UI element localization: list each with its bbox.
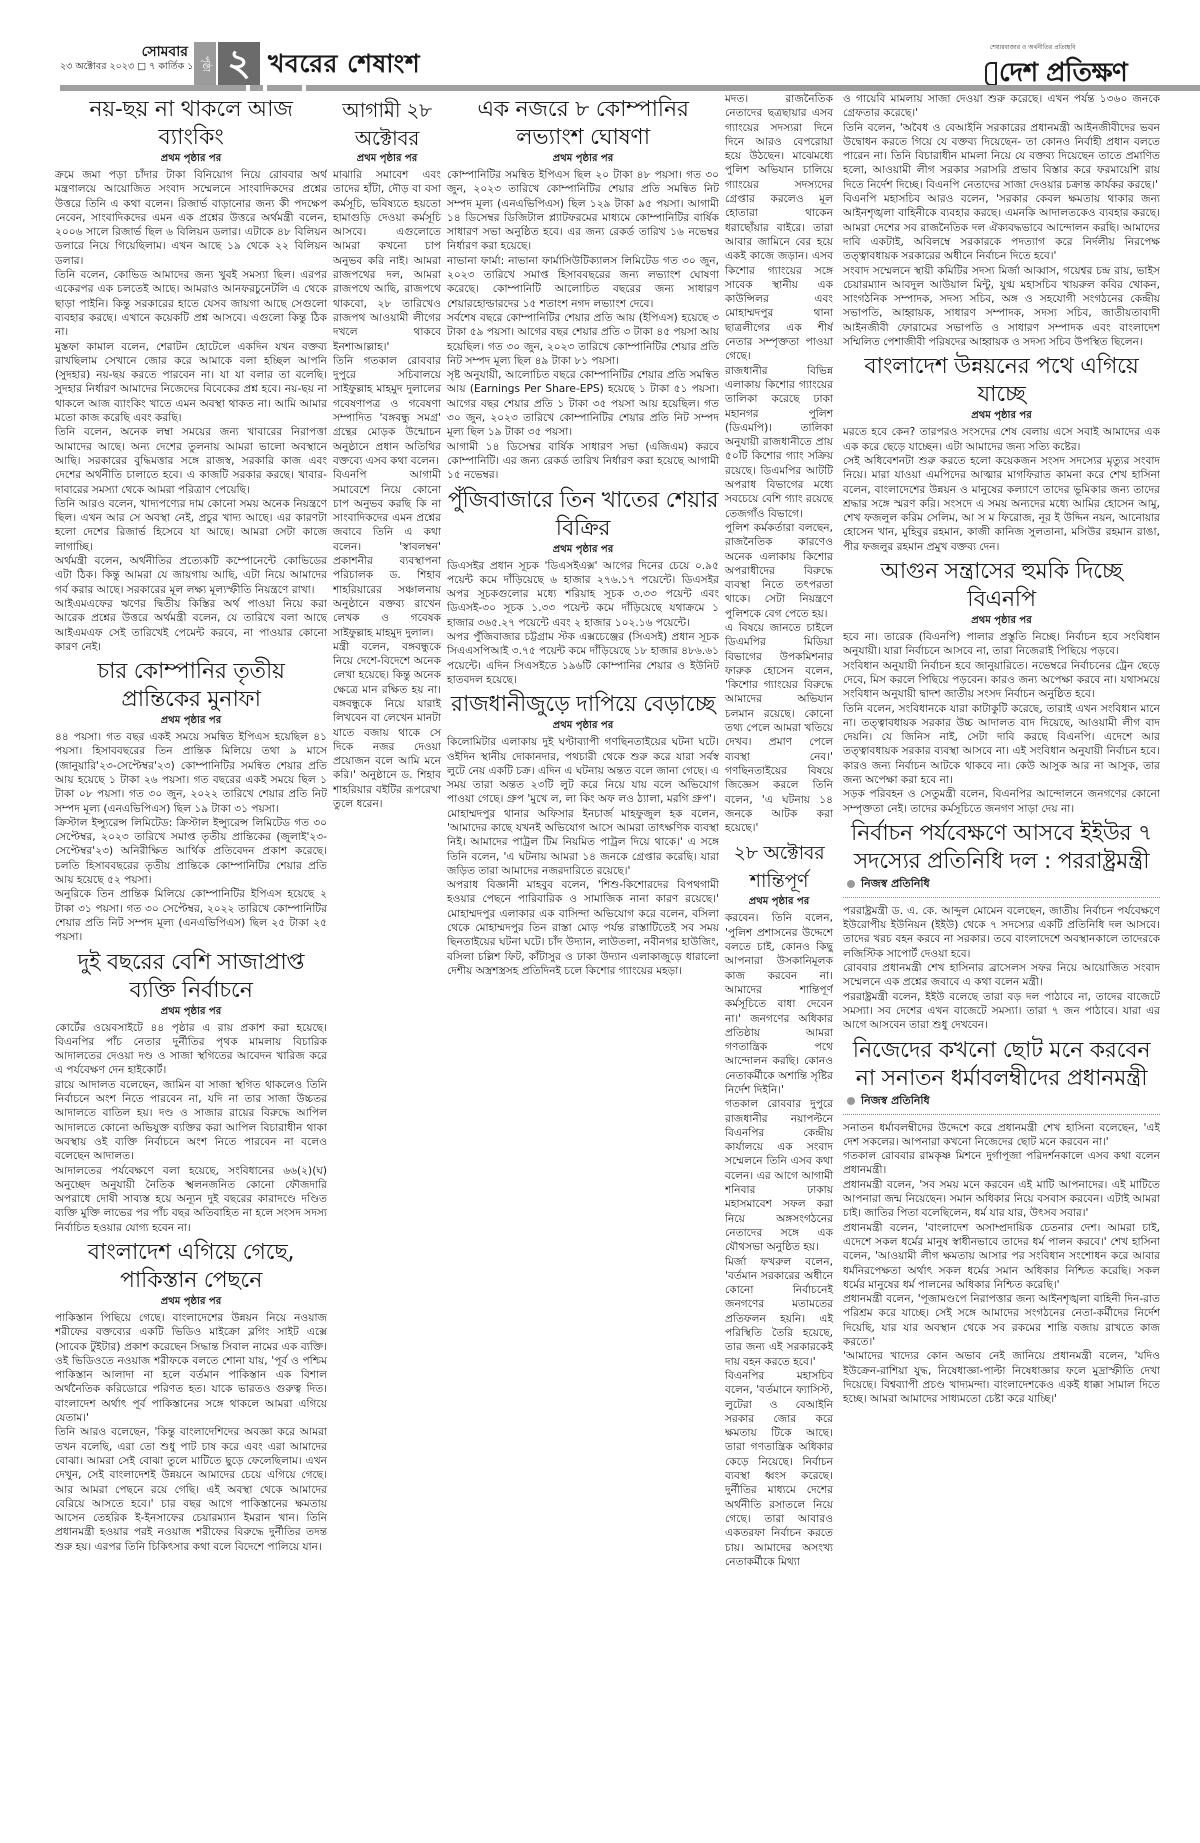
article-banking: নয়-ছয় না থাকলে আজ ব্যাংকিং প্রথম পৃষ্ঠ…: [55, 96, 327, 654]
paragraph: তিনি বলেন, অনেক লম্বা সময়ের জন্য খাবারে…: [55, 425, 327, 496]
paragraph: পুলিশ কর্মকর্তারা বলছেন, রাজনৈতিক কারণেও…: [725, 521, 833, 621]
paragraph: মোহাম্মদপুর থানার অফিসার ইনচার্জ মাহফুজু…: [447, 807, 719, 878]
byline: নিজস্ব প্রতিনিধি: [843, 876, 1160, 898]
article-teen-gangs: মদত। রাজনৈতিক নেতাদের ছত্রছায়ার এসব গ্য…: [725, 92, 833, 835]
paragraph: সর্বশেষ বছরে কোম্পানিটির শেয়ার প্রতি আয…: [447, 311, 719, 368]
masthead: সোমবার ২৩ অক্টোবর ২০২৩ □ ৭ কার্তিক ১৪৩০ …: [0, 0, 1200, 85]
paragraph: ও গায়েবি মামলায় সাজা দেওয়া শুরু করেছে…: [843, 92, 1160, 121]
paragraph: রাজধানীর বিভিন্ন এলাকায় কিশোর গ্যাংয়ের…: [725, 364, 833, 521]
rule-gap: [263, 85, 267, 91]
weekday: সোমবার: [60, 44, 188, 60]
paragraph: মদত। রাজনৈতিক নেতাদের ছত্রছায়ার এসব গ্য…: [725, 92, 833, 364]
column-2: আগামী ২৮ অক্টোবর প্রথম পৃষ্ঠার পর মাঝারি…: [333, 92, 441, 1832]
paragraph: তিনি গতকাল রোববার দুপুরে সচিবালয়ে সাইফু…: [333, 354, 441, 468]
paragraph: মন্ত্রী বলেন, বঙ্গবন্ধুকে নিয়ে দেশে-বিদ…: [333, 640, 441, 812]
kicker: প্রথম পৃষ্ঠার পর: [447, 719, 719, 733]
bullet-dot-icon: [847, 880, 855, 888]
kicker: প্রথম পৃষ্ঠার পর: [55, 1005, 327, 1019]
paragraph: ক্রিস্টাল ইন্স্যুরেন্স লিমিটেড: ক্রিস্টা…: [55, 816, 327, 887]
paragraph: গতকাল রোববার রামকৃষ্ণ মিশনে দুর্গাপূজা প…: [843, 1149, 1160, 1178]
kicker: প্রথম পৃষ্ঠার পর: [55, 1295, 327, 1309]
kicker: প্রথম পৃষ্ঠার পর: [55, 152, 327, 166]
paragraph: সৃষ্ট অনুযায়ী, আলোচিত বছরে কোম্পানিটির …: [447, 368, 719, 439]
paragraph: তিনি বলেন, কোভিড আমাদের জন্য খুবই সমস্যা…: [55, 268, 327, 339]
paragraph: প্রধানমন্ত্রী বলেন, 'সব সময় মনে করবেন এ…: [843, 1178, 1160, 1221]
article-bnp-cont: ও গায়েবি মামলায় সাজা দেওয়া শুরু করেছে…: [843, 92, 1160, 349]
paragraph: কোম্পানিটির সমন্বিত ইপিএস ছিল ২০ টাকা ৪৮…: [447, 168, 719, 254]
paragraph: হবে না। তারেক (বিএনপি) পালার প্রস্তুতি ন…: [843, 630, 1160, 659]
kicker: প্রথম পৃষ্ঠার পর: [725, 895, 833, 909]
paragraph: ক্রমে জমা পড়া চাঁদার টাকা বিনিয়োগ নিয়…: [55, 168, 327, 268]
paragraph: অপরাধ বিজ্ঞানী মাহবুব বলেন, 'শিশু-কিশোরদ…: [447, 878, 719, 978]
headline[interactable]: দুই বছরের বেশি সাজাপ্রাপ্ত ব্যক্তি নির্ব…: [55, 949, 327, 1005]
headline[interactable]: নিজেদের কখনো ছোট মনে করবেন না সনাতন ধর্ম…: [843, 1037, 1160, 1093]
paragraph: করবেন। তিনি বলেন, 'পুলিশ প্রশাসনের উদ্দে…: [725, 911, 833, 1097]
headline[interactable]: এক নজরে ৮ কোম্পানির লভ্যাংশ ঘোষণা: [447, 96, 719, 152]
article-three-sectors: পুঁজিবাজারে তিন খাতের শেয়ার বিক্রির প্র…: [447, 487, 719, 688]
headline[interactable]: নির্বাচন পর্যবেক্ষণে আসবে ইইউর ৭ সদস্যের…: [843, 820, 1160, 876]
section-title: খবরের শেষাংশ: [268, 44, 420, 87]
paragraph: 'আমাদের খাদ্যের কোন অভাব নেই জানিয়ে প্র…: [843, 1349, 1160, 1406]
paragraph: কোর্টের ওয়েবসাইটে ৪৪ পৃষ্ঠার এ রায় প্র…: [55, 1021, 327, 1078]
date-block: সোমবার ২৩ অক্টোবর ২০২৩ □ ৭ কার্তিক ১৪৩০: [60, 44, 188, 73]
paragraph: গতকাল রোববার দুপুরে রাজধানীর নয়াপল্টনে …: [725, 1097, 833, 1254]
paragraph: বিএনপির মহাসচিব বলেন, 'বর্তমানে ফ্যাসিস্…: [725, 1369, 833, 1569]
paragraph: পররাষ্ট্রমন্ত্রী ড. এ. কে. আব্দুল মোমেন …: [843, 904, 1160, 961]
headline[interactable]: আগামী ২৮ অক্টোবর: [333, 96, 441, 152]
paragraph: পররাষ্ট্রমন্ত্রী বলেন, ইইউ বলেছে তারা বড…: [843, 990, 1160, 1033]
rule-gap: [302, 85, 306, 91]
headline[interactable]: নয়-ছয় না থাকলে আজ ব্যাংকিং: [55, 96, 327, 152]
kicker: প্রথম পৃষ্ঠার পর: [55, 714, 327, 728]
article-convicted: দুই বছরের বেশি সাজাপ্রাপ্ত ব্যক্তি নির্ব…: [55, 949, 327, 1235]
column-4: মদত। রাজনৈতিক নেতাদের ছত্রছায়ার এসব গ্য…: [725, 92, 833, 1832]
paragraph: মাঝারি সমাবেশ এবং তাদের হাঁটা, দৌড় বা ব…: [333, 168, 441, 354]
kicker: প্রথম পৃষ্ঠার পর: [843, 409, 1160, 423]
bullet-dot-icon: [847, 1097, 855, 1105]
paragraph: কিলোমিটার এলাকায় দুই ঘণ্টাব্যাপী গণছিনত…: [447, 735, 719, 806]
article-oct28: আগামী ২৮ অক্টোবর প্রথম পৃষ্ঠার পর মাঝারি…: [333, 96, 441, 811]
paragraph: মুস্তফা কামাল বলেন, শেরাটন হোটেলে একদিন …: [55, 340, 327, 426]
brand-name: দেশ প্রতিক্ষণ: [999, 58, 1127, 88]
paragraph: পাকিস্তান পিছিয়ে গেছে। বাংলাদেশের উন্নয…: [55, 1311, 327, 1425]
paragraph: সংবাদ সম্মেলনে স্থায়ী কমিটির সদস্য মির্…: [843, 264, 1160, 350]
headline[interactable]: ২৮ অক্টোবর শান্তিপূর্ণ: [725, 839, 833, 895]
article-oct28-peaceful: ২৮ অক্টোবর শান্তিপূর্ণ প্রথম পৃষ্ঠার পর …: [725, 839, 833, 1569]
paragraph: সনাতন ধর্মাবলম্বীদের উদ্দেশে করে প্রধানম…: [843, 1121, 1160, 1150]
headline[interactable]: চার কোম্পানির তৃতীয় প্রান্তিকের মুনাফা: [55, 658, 327, 714]
paragraph: তিনি আরও বলেছেন, 'কিন্তু বাংলাদেশিদের অব…: [55, 1425, 327, 1554]
paragraph: রায়ে আদালত বলেছেন, জামিন বা সাজা স্থগিত…: [55, 1078, 327, 1164]
headline[interactable]: পুঁজিবাজারে তিন খাতের শেয়ার বিক্রির: [447, 487, 719, 543]
column-3: এক নজরে ৮ কোম্পানির লভ্যাংশ ঘোষণা প্রথম …: [447, 92, 719, 1832]
headline[interactable]: বাংলাদেশ উন্নয়নের পথে এগিয়ে যাচ্ছে: [843, 353, 1160, 409]
article-pakistan: বাংলাদেশ এগিয়ে গেছে, পাকিস্তান পেছনে প্…: [55, 1239, 327, 1554]
article-dividend: এক নজরে ৮ কোম্পানির লভ্যাংশ ঘোষণা প্রথম …: [447, 96, 719, 483]
paragraph: বিএনপি মহাসচিব আরও বলেন, 'সরকার কেবল ক্ষ…: [843, 192, 1160, 263]
article-bnp-threat: আগুন সন্ত্রাসের হুমকি দিচ্ছে বিএনপি প্রথ…: [843, 558, 1160, 816]
paragraph: প্রধানমন্ত্রী বলেন, 'বাংলাদেশ অসাম্প্রদা…: [843, 1221, 1160, 1292]
page-tag: পৃষ্ঠা: [194, 42, 216, 86]
paragraph: আইএমএফের ঋণের দ্বিতীয় কিস্তির অর্থ পাওয…: [55, 597, 327, 654]
headline[interactable]: আগুন সন্ত্রাসের হুমকি দিচ্ছে বিএনপি: [843, 558, 1160, 614]
byline-text: নিজস্ব প্রতিনিধি: [861, 877, 930, 890]
paragraph: এ বিষয়ে জানতে চাইলে ডিএমপির মিডিয়া বিভ…: [725, 621, 833, 835]
paragraph: তিনি বলেন, 'অবৈধ ও বেআইনি সরকারের প্রধান…: [843, 121, 1160, 192]
paragraph: সংবিধান অনুযায়ী নির্বাচন হবে জানুয়ারিত…: [843, 659, 1160, 702]
column-5: ও গায়েবি মামলায় সাজা দেওয়া শুরু করেছে…: [843, 92, 1160, 1832]
header-rule: [60, 85, 1200, 91]
column-1: নয়-ছয় না থাকলে আজ ব্যাংকিং প্রথম পৃষ্ঠ…: [55, 92, 327, 1832]
paragraph: রোববার প্রধানমন্ত্রী শেখ হাসিনার ব্রাসেল…: [843, 961, 1160, 990]
logo-emblem-icon: [985, 62, 997, 86]
paragraph: প্রধানমন্ত্রী বলেন, 'পূজামণ্ডপে নিরাপত্ত…: [843, 1292, 1160, 1349]
article-development: বাংলাদেশ উন্নয়নের পথে এগিয়ে যাচ্ছে প্র…: [843, 353, 1160, 554]
paragraph: অনুরিকে তিন প্রান্তিক মিলিয়ে কোম্পানিটি…: [55, 887, 327, 944]
paragraph: সেই অধিবেশনটা শুরু করতে হলো কয়েকজন সংসদ…: [843, 454, 1160, 554]
paragraph: আগামী ১৪ ডিসেম্বর বার্ষিক সাধারণ সভা (এজ…: [447, 440, 719, 483]
date-line: ২৩ অক্টোবর ২০২৩ □ ৭ কার্তিক ১৪৩০: [60, 60, 188, 73]
paragraph: নাভানা ফার্মা: নাভানা ফার্মাসিউটিক্যালস …: [447, 254, 719, 311]
article-sanatan: নিজেদের কখনো ছোট মনে করবেন না সনাতন ধর্ম…: [843, 1037, 1160, 1407]
kicker: প্রথম পৃষ্ঠার পর: [447, 152, 719, 166]
article-profit: চার কোম্পানির তৃতীয় প্রান্তিকের মুনাফা …: [55, 658, 327, 944]
rule-gap: [246, 85, 250, 91]
paragraph: অপর পুঁজিবাজার চট্টগ্রাম স্টক এক্সচেঞ্জে…: [447, 630, 719, 687]
kicker: প্রথম পৃষ্ঠার পর: [447, 543, 719, 557]
paragraph: বিএনপি আগামী সমাবেশে নিয়ে কোনো চাপ অনুভ…: [333, 468, 441, 640]
page-number: ২: [218, 42, 260, 86]
paragraph: মির্জা ফখরুল বলেন, 'বর্তমান সরকারের অধীন…: [725, 1255, 833, 1369]
article-capital-gangs: রাজধানীজুড়ে দাপিয়ে বেড়াচ্ছে প্রথম পৃষ…: [447, 691, 719, 978]
paragraph: তিনি আরও বলেন, খাদ্যপণ্যের দাম কোনো সময়…: [55, 497, 327, 554]
paragraph: তিনি বলেন, সংবিধানকে যারা কাটাকুটি করেছে…: [843, 702, 1160, 788]
paragraph: আদালতের পর্যবেক্ষণে বলা হয়েছে, সংবিধানে…: [55, 1164, 327, 1235]
byline: নিজস্ব প্রতিনিধি: [843, 1093, 1160, 1115]
kicker: প্রথম পৃষ্ঠার পর: [333, 152, 441, 166]
paragraph: মরতে হবে কেন? তারপরও সংসদের শেষ বেলায় এ…: [843, 425, 1160, 454]
byline-text: নিজস্ব প্রতিনিধি: [861, 1094, 930, 1107]
headline[interactable]: বাংলাদেশ এগিয়ে গেছে, পাকিস্তান পেছনে: [55, 1239, 327, 1295]
paragraph: সড়ক পরিবহন ও সেতুমন্ত্রী বলেন, বিএনপির …: [843, 787, 1160, 816]
paragraph: ডিএসইর প্রধান সূচক 'ডিএসইএক্স' আগের দিনে…: [447, 559, 719, 630]
paragraph: ৪৪ পয়সা। গত বছর একই সময়ে সমন্বিত ইপিএস…: [55, 730, 327, 816]
kicker: প্রথম পৃষ্ঠার পর: [843, 614, 1160, 628]
article-eu-observers: নির্বাচন পর্যবেক্ষণে আসবে ইইউর ৭ সদস্যের…: [843, 820, 1160, 1033]
headline[interactable]: রাজধানীজুড়ে দাপিয়ে বেড়াচ্ছে: [447, 691, 719, 719]
paragraph: অর্থমন্ত্রী বলেন, অর্থনীতির প্রত্যেকটি ক…: [55, 554, 327, 597]
